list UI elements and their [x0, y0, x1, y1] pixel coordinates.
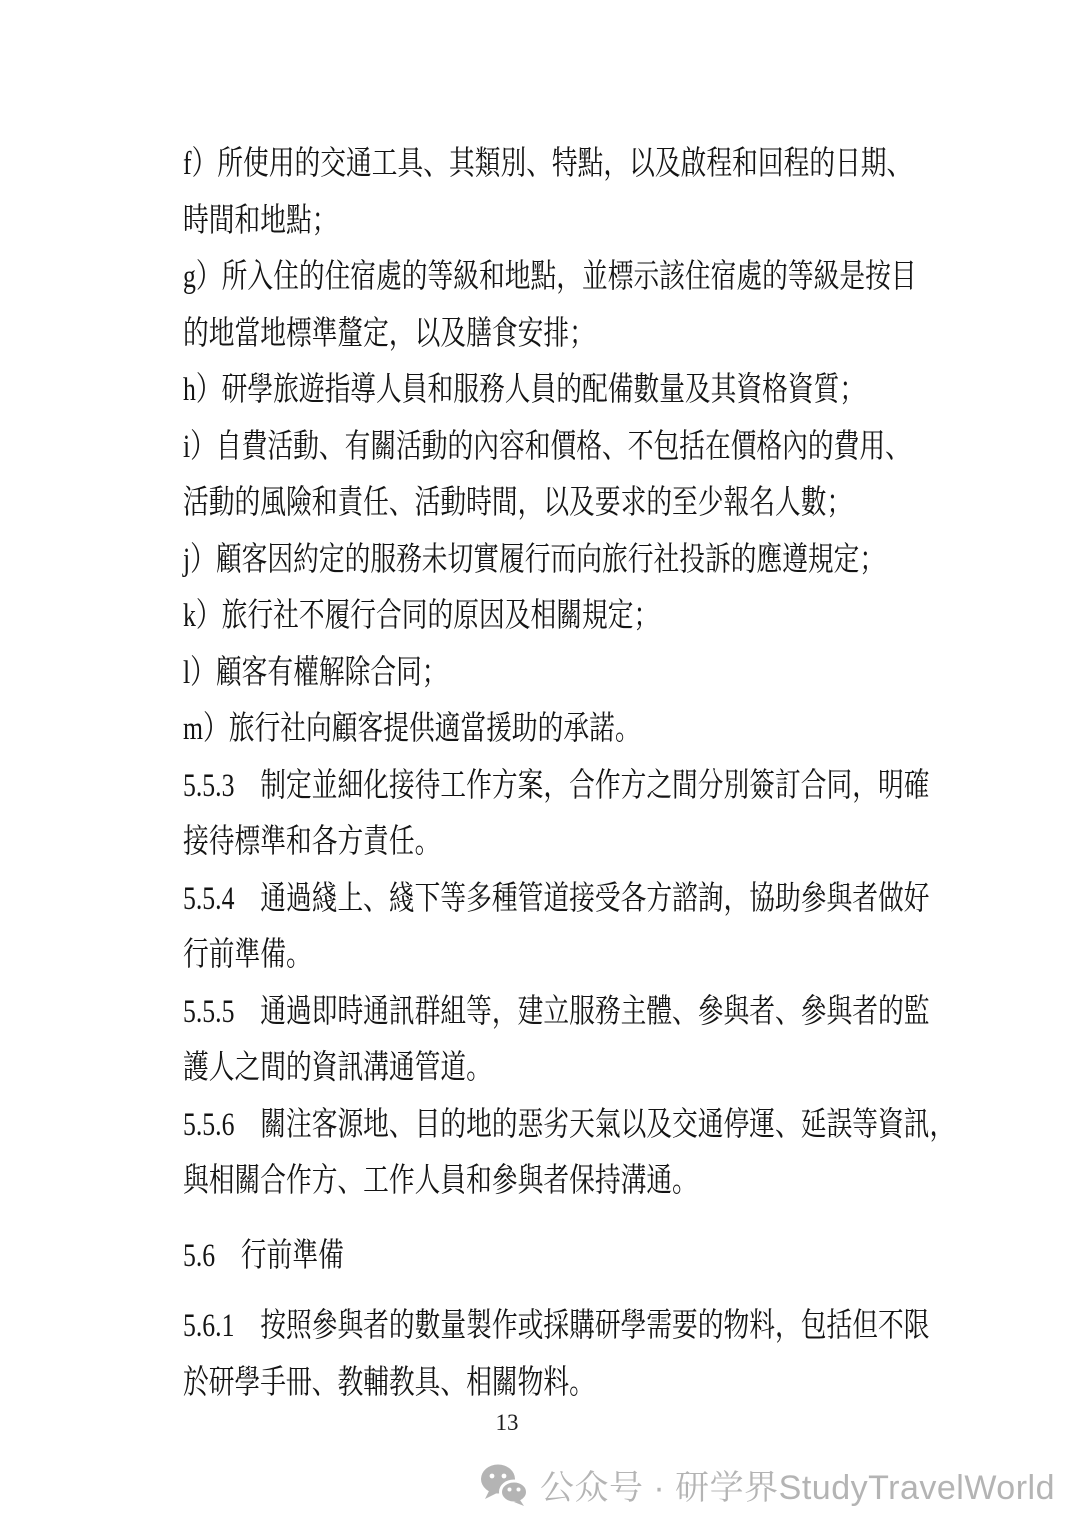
text-line: j）顧客因約定的服務未切實履行而向旅行社投訴的應遵規定；: [183, 532, 764, 589]
text-line: 接待標準和各方責任。: [183, 814, 764, 871]
text-line: h）研學旅遊指導人員和服務人員的配備數量及其資格資質；: [183, 362, 764, 419]
text-line: 5.5.4 通過綫上、綫下等多種管道接受各方諮詢，協助參與者做好: [183, 871, 764, 928]
text-line: m）旅行社向顧客提供適當援助的承諾。: [183, 701, 764, 758]
text-line: 行前準備。: [183, 927, 764, 984]
text-line: 5.5.5 通過即時通訊群組等，建立服務主體、參與者、參與者的監: [183, 984, 764, 1041]
watermark-text: 公众号 · 研学界StudyTravelWorld: [540, 1460, 1055, 1509]
text-line: 5.6 行前準備: [183, 1228, 764, 1285]
text-line: 與相關合作方、工作人員和參與者保持溝通。: [183, 1153, 764, 1210]
text-line: i）自費活動、有關活動的內容和價格、不包括在價格內的費用、: [183, 419, 764, 476]
text-line: 時間和地點；: [183, 193, 764, 250]
text-line: g）所入住的住宿處的等級和地點，並標示該住宿處的等級是按目: [183, 249, 764, 306]
text-line: k）旅行社不履行合同的原因及相關規定；: [183, 588, 764, 645]
text-line: 於研學手冊、教輔教具、相關物料。: [183, 1355, 764, 1412]
text-line: 5.6.1 按照參與者的數量製作或採購研學需要的物料，包括但不限: [183, 1298, 764, 1355]
text-line: l）顧客有權解除合同；: [183, 645, 764, 702]
text-line: 護人之間的資訊溝通管道。: [183, 1040, 764, 1097]
text-line: 5.5.3 制定並細化接待工作方案，合作方之間分別簽訂合同，明確: [183, 758, 764, 815]
wechat-icon: [480, 1463, 528, 1507]
text-line: 活動的風險和責任、活動時間，以及要求的至少報名人數；: [183, 475, 764, 532]
watermark: 公众号 · 研学界StudyTravelWorld: [480, 1460, 1055, 1509]
text-line: 5.5.6 關注客源地、目的地的惡劣天氣以及交通停運、延誤等資訊，: [183, 1097, 764, 1154]
text-line: f）所使用的交通工具、其類別、特點，以及啟程和回程的日期、: [183, 136, 764, 193]
page-number: 13: [0, 1410, 1014, 1436]
text-line: 的地當地標準釐定，以及膳食安排；: [183, 306, 764, 363]
document-body: f）所使用的交通工具、其類別、特點，以及啟程和回程的日期、時間和地點；g）所入住…: [183, 136, 928, 1411]
